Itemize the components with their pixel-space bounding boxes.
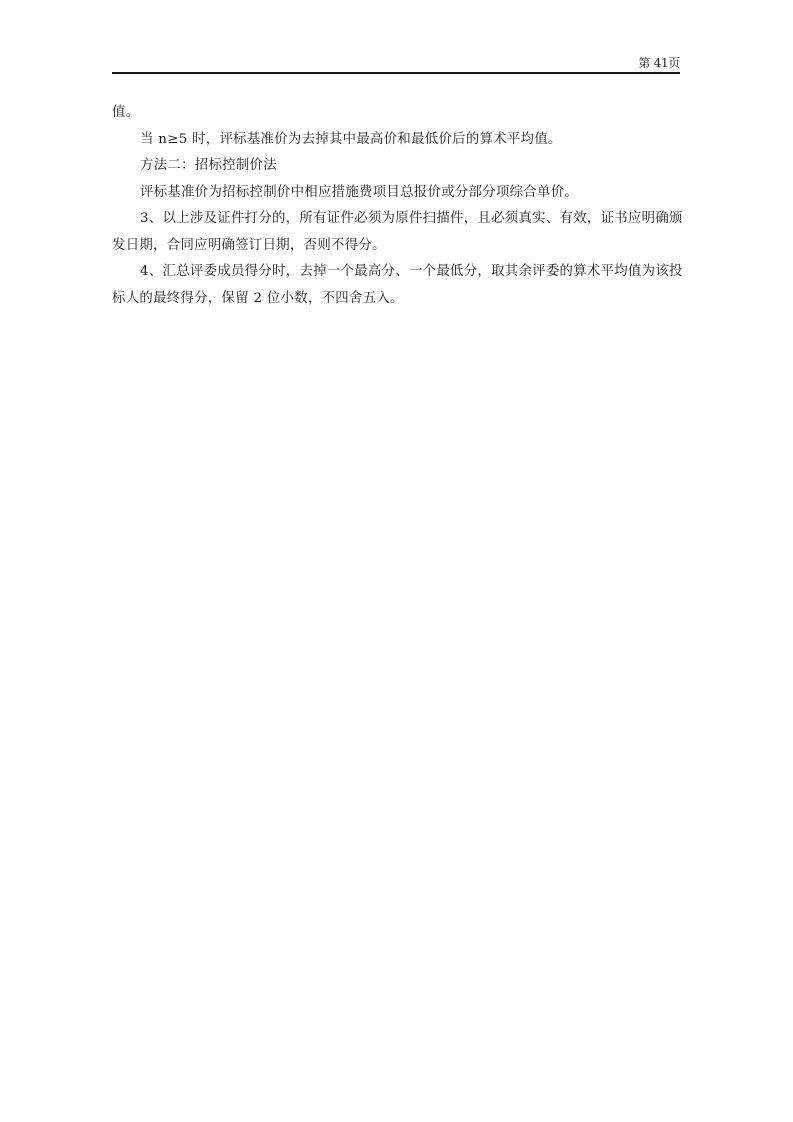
header-rule bbox=[112, 72, 680, 74]
paragraph-benchmark-rule: 当 n≥5 时，评标基准价为去掉其中最高价和最低价后的算术平均值。 bbox=[112, 127, 684, 154]
page-header: 第 41页 bbox=[112, 56, 680, 73]
paragraph-method-two-body: 评标基准价为招标控制价中相应措施费项目总报价或分部分项综合单价。 bbox=[112, 180, 684, 207]
paragraph-item-4: 4、汇总评委成员得分时，去掉一个最高分、一个最低分，取其余评委的算术平均值为该投… bbox=[112, 259, 684, 312]
paragraph-item-3: 3、以上涉及证件打分的，所有证件必须为原件扫描件，且必须真实、有效，证书应明确颁… bbox=[112, 206, 684, 259]
document-body: 值。 当 n≥5 时，评标基准价为去掉其中最高价和最低价后的算术平均值。 方法二… bbox=[112, 100, 684, 312]
paragraph-continuation: 值。 bbox=[112, 100, 684, 127]
paragraph-method-two-heading: 方法二：招标控制价法 bbox=[112, 153, 684, 180]
page-number: 第 41页 bbox=[638, 56, 680, 70]
